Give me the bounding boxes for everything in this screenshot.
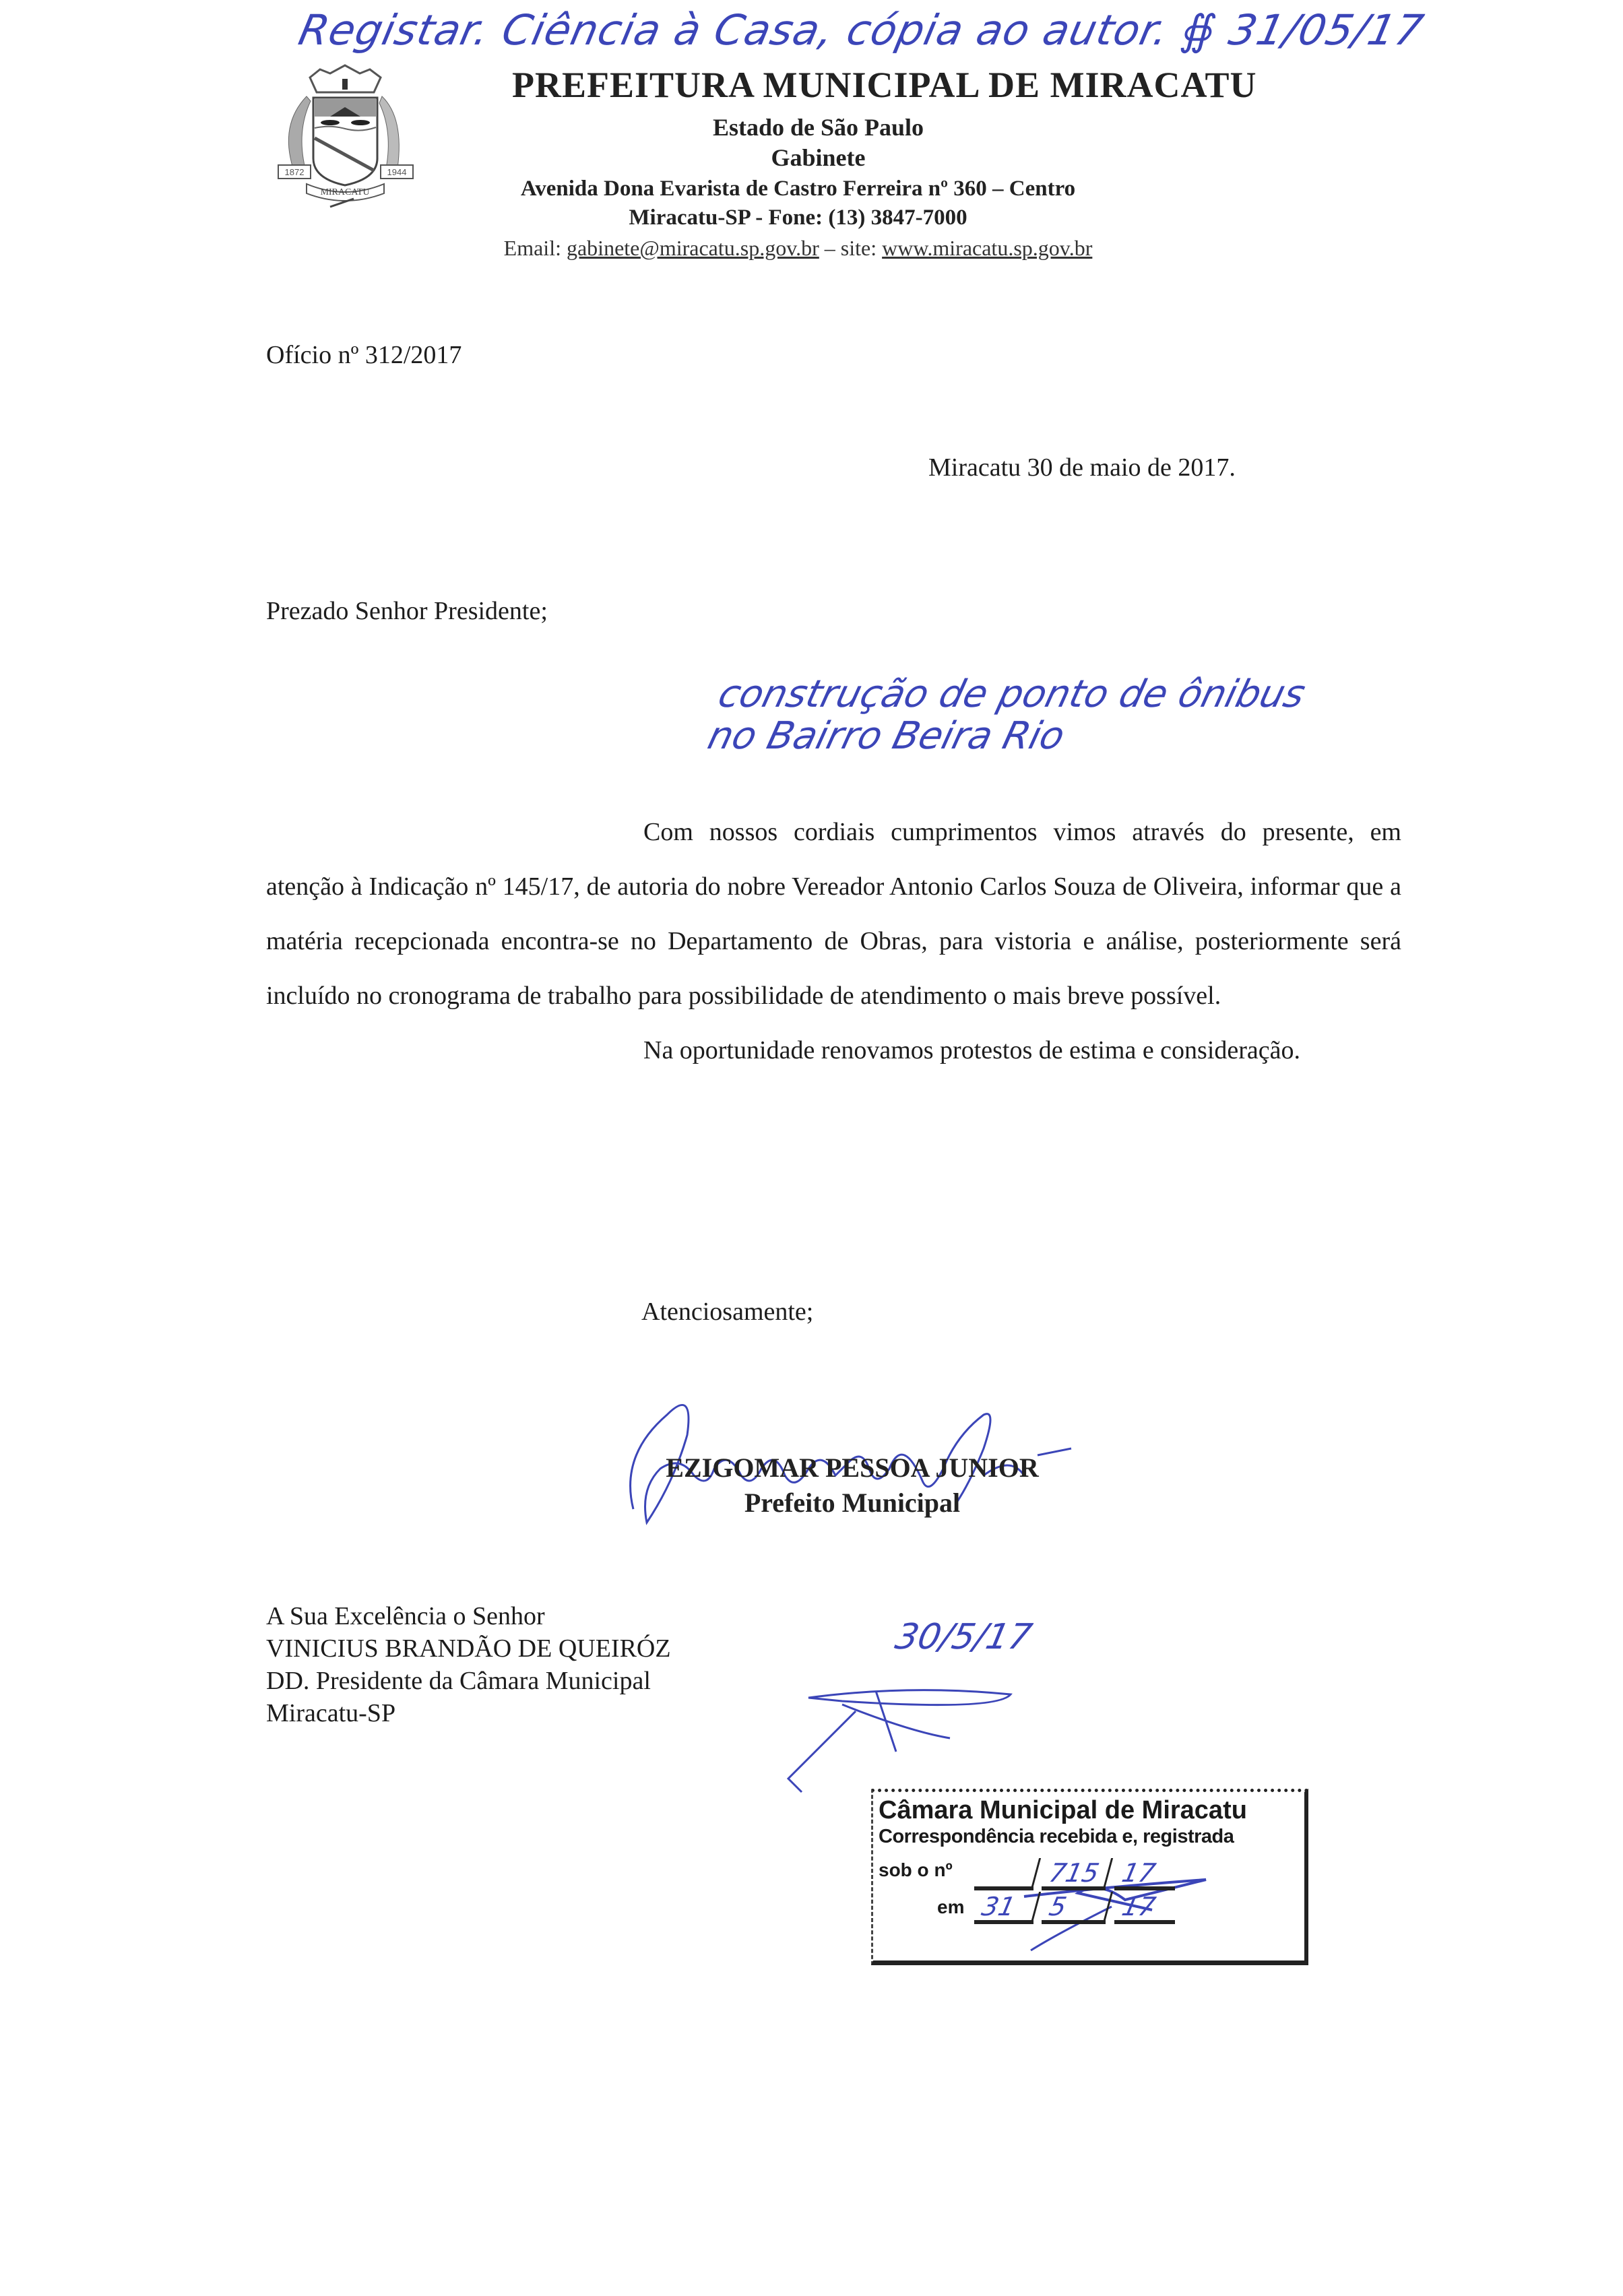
stamp-date-month: 5	[1046, 1892, 1069, 1921]
stamp-number-field-2: 715	[1042, 1859, 1106, 1890]
handwritten-subject: construção de ponto de ônibus no Bairro …	[704, 674, 1310, 757]
recipient-title: DD. Presidente da Câmara Municipal	[266, 1665, 671, 1697]
letter-body: Com nossos cordiais cumprimentos vimos a…	[266, 805, 1401, 1078]
letterhead-address: Avenida Dona Evarista de Castro Ferreira…	[0, 177, 1610, 201]
body-paragraph-1: Com nossos cordiais cumprimentos vimos a…	[266, 805, 1401, 1023]
letterhead-title: PREFEITURA MUNICIPAL DE MIRACATU	[512, 64, 1257, 106]
stamp-number-field-1	[974, 1859, 1033, 1890]
signer-name: EZIGOMAR PESSOA JUNIOR	[576, 1452, 1128, 1484]
email-label: Email:	[504, 236, 561, 260]
stamp-date-year: 17	[1119, 1892, 1158, 1921]
handwritten-registration-note: Registar. Ciência à Casa, cópia ao autor…	[294, 5, 1428, 55]
letterhead-department: Gabinete	[0, 143, 1623, 172]
reception-stamp: Câmara Municipal de Miracatu Correspondê…	[871, 1789, 1308, 1965]
stamp-title: Câmara Municipal de Miracatu	[879, 1796, 1247, 1825]
letterhead-phone: Miracatu-SP - Fone: (13) 3847-7000	[0, 205, 1610, 230]
site-link[interactable]: www.miracatu.sp.gov.br	[882, 236, 1092, 260]
stamp-date-field-month: 5	[1042, 1893, 1106, 1924]
letterhead-state: Estado de São Paulo	[0, 113, 1623, 141]
stamp-subtitle: Correspondência recebida e, registrada	[879, 1826, 1234, 1848]
stamp-date-field-year: 17	[1114, 1893, 1175, 1924]
recipient-line-1: A Sua Excelência o Senhor	[266, 1600, 671, 1632]
letter-date: Miracatu 30 de maio de 2017.	[928, 453, 1236, 482]
recipient-city: Miracatu-SP	[266, 1697, 671, 1729]
stamp-date-field-day: 31	[974, 1893, 1033, 1924]
salutation: Prezado Senhor Presidente;	[266, 596, 548, 626]
stamp-date-day: 31	[979, 1892, 1018, 1921]
letter-reference: Ofício nº 312/2017	[266, 340, 462, 370]
signer-title: Prefeito Municipal	[576, 1487, 1128, 1519]
body-paragraph-2: Na oportunidade renovamos protestos de e…	[266, 1023, 1401, 1078]
stamp-number-value-3: 17	[1119, 1858, 1158, 1888]
stamp-number-value-2: 715	[1046, 1858, 1102, 1888]
stamp-number-field-3: 17	[1114, 1859, 1175, 1890]
handwritten-subject-line-2: no Bairro Beira Rio	[704, 715, 1299, 757]
recipient-name: VINICIUS BRANDÃO DE QUEIRÓZ	[266, 1632, 671, 1665]
site-label: – site:	[825, 236, 877, 260]
stamp-date-label: em	[937, 1896, 964, 1918]
closing: Atenciosamente;	[641, 1297, 813, 1327]
handwritten-received-date: 30/5/17	[892, 1617, 1036, 1657]
email-link[interactable]: gabinete@miracatu.sp.gov.br	[567, 236, 819, 260]
recipient-block: A Sua Excelência o Senhor VINICIUS BRAND…	[266, 1600, 671, 1729]
handwritten-subject-line-1: construção de ponto de ônibus	[714, 674, 1309, 715]
letterhead-contact: Email: gabinete@miracatu.sp.gov.br – sit…	[0, 236, 1610, 261]
stamp-number-label: sob o nº	[879, 1859, 953, 1881]
